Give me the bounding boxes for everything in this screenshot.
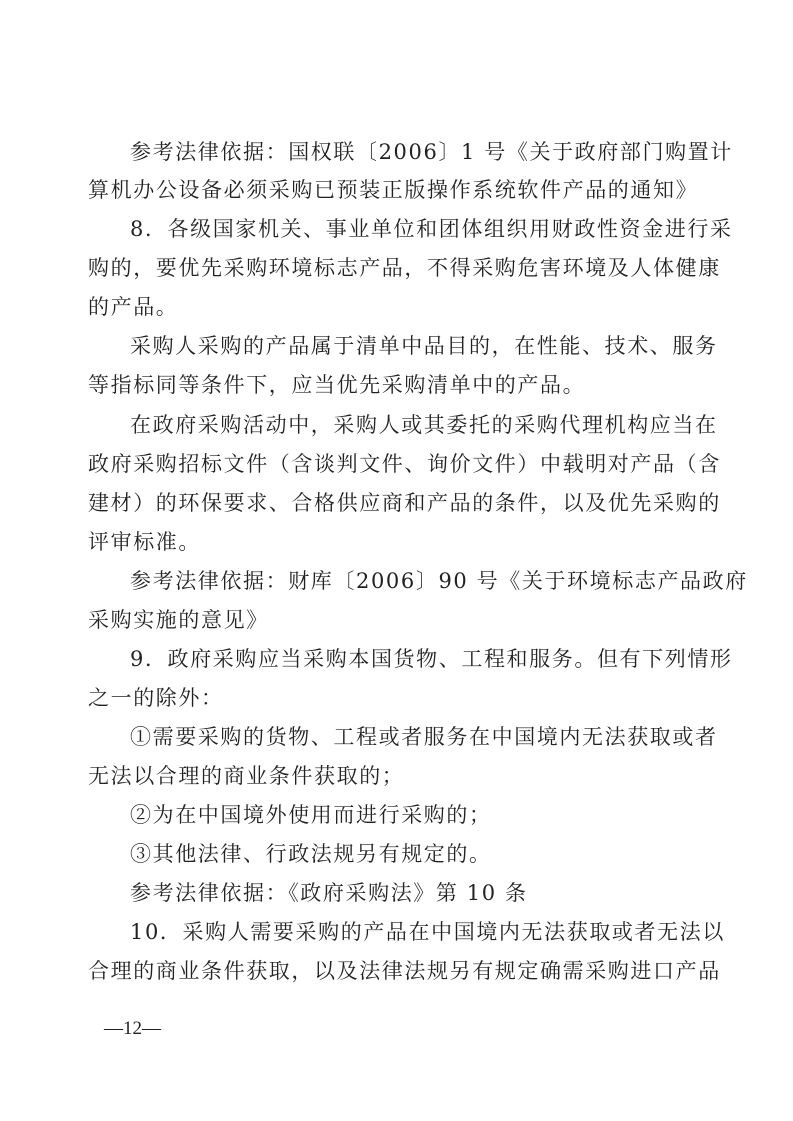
- text-line-paragraph-procurement-cont-3: 评审标准。: [88, 530, 708, 554]
- text-line-paragraph-list-cont: 等指标同等条件下，应当优先采购清单中的产品。: [88, 373, 708, 397]
- text-line-reference-2-cont: 采购实施的意见》: [88, 608, 708, 632]
- text-line-item-10: 10．采购人需要采购的产品在中国境内无法获取或者无法以: [130, 920, 750, 944]
- text-line-item-8: 8．各级国家机关、事业单位和团体组织用财政性资金进行采: [130, 217, 750, 241]
- text-line-reference-1: 参考法律依据：国权联〔2006〕1 号《关于政府部门购置计: [130, 140, 750, 164]
- text-line-reference-3: 参考法律依据：《政府采购法》第 10 条: [130, 881, 750, 905]
- text-line-paragraph-list: 采购人采购的产品属于清单中品目的，在性能、技术、服务: [130, 334, 750, 358]
- document-page: 参考法律依据：国权联〔2006〕1 号《关于政府部门购置计 算机办公设备必须采购…: [0, 0, 793, 1121]
- page-number: —12—: [104, 1018, 161, 1040]
- text-line-reference-1-cont: 算机办公设备必须采购已预装正版操作系统软件产品的通知》: [88, 178, 708, 202]
- text-line-paragraph-procurement: 在政府采购活动中，采购人或其委托的采购代理机构应当在: [130, 413, 750, 437]
- text-line-paragraph-procurement-cont-2: 建材）的环保要求、合格供应商和产品的条件，以及优先采购的: [88, 491, 708, 515]
- text-line-item-9-cont: 之一的除外：: [88, 686, 708, 710]
- text-line-item-8-cont-2: 的产品。: [88, 295, 708, 319]
- text-line-reference-2: 参考法律依据：财库〔2006〕90 号《关于环境标志产品政府: [130, 569, 750, 593]
- text-line-exception-2: ②为在中国境外使用而进行采购的；: [130, 803, 750, 827]
- text-line-exception-1: ①需要采购的货物、工程或者服务在中国境内无法获取或者: [130, 725, 750, 749]
- text-line-paragraph-procurement-cont-1: 政府采购招标文件（含谈判文件、询价文件）中载明对产品（含: [88, 452, 708, 476]
- text-line-exception-3: ③其他法律、行政法规另有规定的。: [130, 842, 750, 866]
- text-line-exception-1-cont: 无法以合理的商业条件获取的；: [88, 764, 708, 788]
- text-line-item-8-cont-1: 购的，要优先采购环境标志产品，不得采购危害环境及人体健康: [88, 256, 708, 280]
- text-line-item-10-cont: 合理的商业条件获取，以及法律法规另有规定确需采购进口产品: [88, 959, 708, 983]
- text-line-item-9: 9．政府采购应当采购本国货物、工程和服务。但有下列情形: [130, 647, 750, 671]
